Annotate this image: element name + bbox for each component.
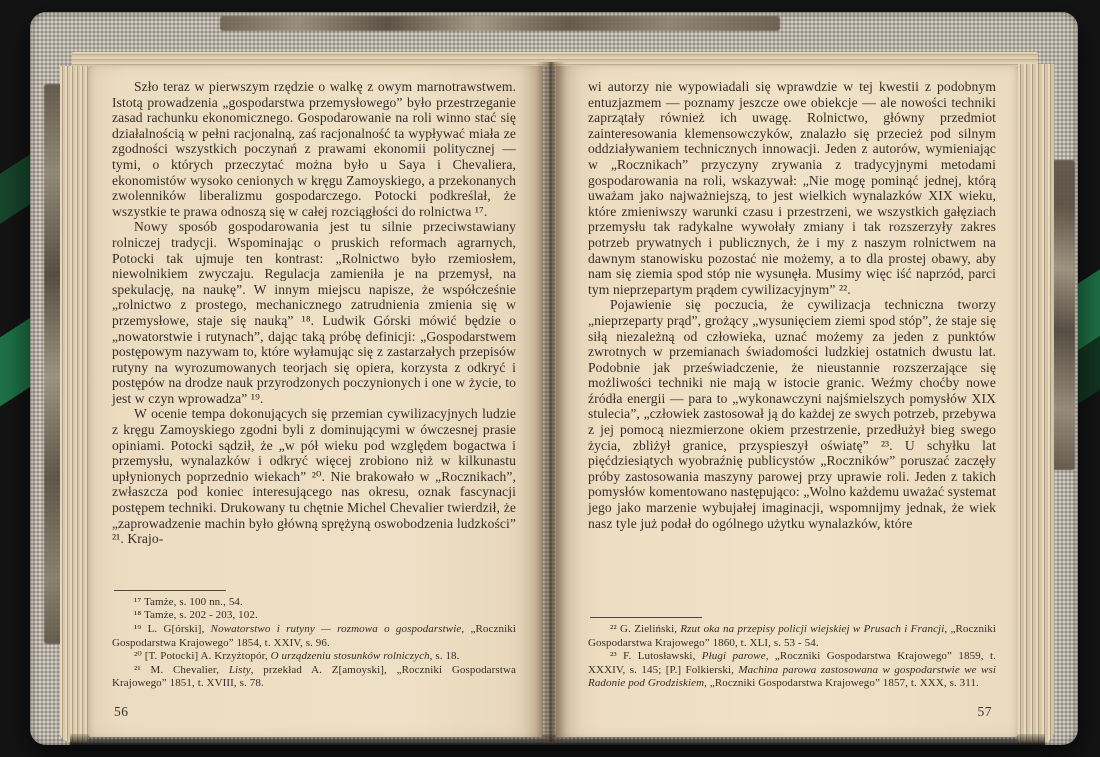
page-left-footnotes: ¹⁷ Tamże, s. 100 nn., 54. ¹⁸ Tamże, s. 2… bbox=[112, 582, 516, 691]
page-edge-stack-right bbox=[1018, 64, 1054, 742]
page-left-body-text: Szło teraz w pierwszym rzędzie o walkę z… bbox=[112, 79, 516, 547]
page-left: Szło teraz w pierwszym rzędzie o walkę z… bbox=[88, 66, 542, 737]
paragraph: Nowy sposób gospodarowania jest tu silni… bbox=[112, 219, 516, 406]
paragraph: W ocenie tempa dokonujących się przemian… bbox=[112, 406, 516, 546]
page-right-footnotes: ²² G. Zieliński, Rzut oka na przepisy po… bbox=[588, 609, 996, 691]
page-right: wi autorzy nie wypowiadali się wprawdzie… bbox=[556, 66, 1018, 737]
page-right-body-text: wi autorzy nie wypowiadali się wprawdzie… bbox=[588, 79, 996, 531]
open-book: Szło teraz w pierwszym rzędzie o walkę z… bbox=[30, 12, 1078, 745]
paragraph: Szło teraz w pierwszym rzędzie o walkę z… bbox=[112, 79, 516, 219]
paragraph: wi autorzy nie wypowiadali się wprawdzie… bbox=[588, 79, 996, 297]
page-edge-stack-left bbox=[60, 66, 88, 742]
footnote: ¹⁸ Tamże, s. 202 - 203, 102. bbox=[112, 609, 516, 623]
footnote: ²⁰ [T. Potocki] A. Krzyżtopór, O urządze… bbox=[112, 650, 516, 664]
footnote: ¹⁹ L. G[órski], Nowatorstwo i rutyny — r… bbox=[112, 623, 516, 650]
paragraph: Pojawienie się poczucia, że cywilizacja … bbox=[588, 297, 996, 531]
footnote: ¹⁷ Tamże, s. 100 nn., 54. bbox=[112, 596, 516, 610]
page-edge-stack-top bbox=[72, 52, 1038, 66]
page-number-right: 57 bbox=[978, 704, 993, 720]
photo-background: Szło teraz w pierwszym rzędzie o walkę z… bbox=[0, 0, 1100, 757]
cover-marble-patch-top bbox=[220, 16, 780, 31]
footnote: ²¹ M. Chevalier, Listy, przekład A. Z[am… bbox=[112, 664, 516, 691]
footnote: ²² G. Zieliński, Rzut oka na przepisy po… bbox=[588, 623, 996, 650]
page-number-left: 56 bbox=[114, 704, 129, 720]
footnote-separator-rule bbox=[590, 617, 702, 618]
footnote-separator-rule bbox=[114, 590, 226, 591]
footnote: ²³ F. Lutosławski, Pługi parowe, „Roczni… bbox=[588, 650, 996, 691]
